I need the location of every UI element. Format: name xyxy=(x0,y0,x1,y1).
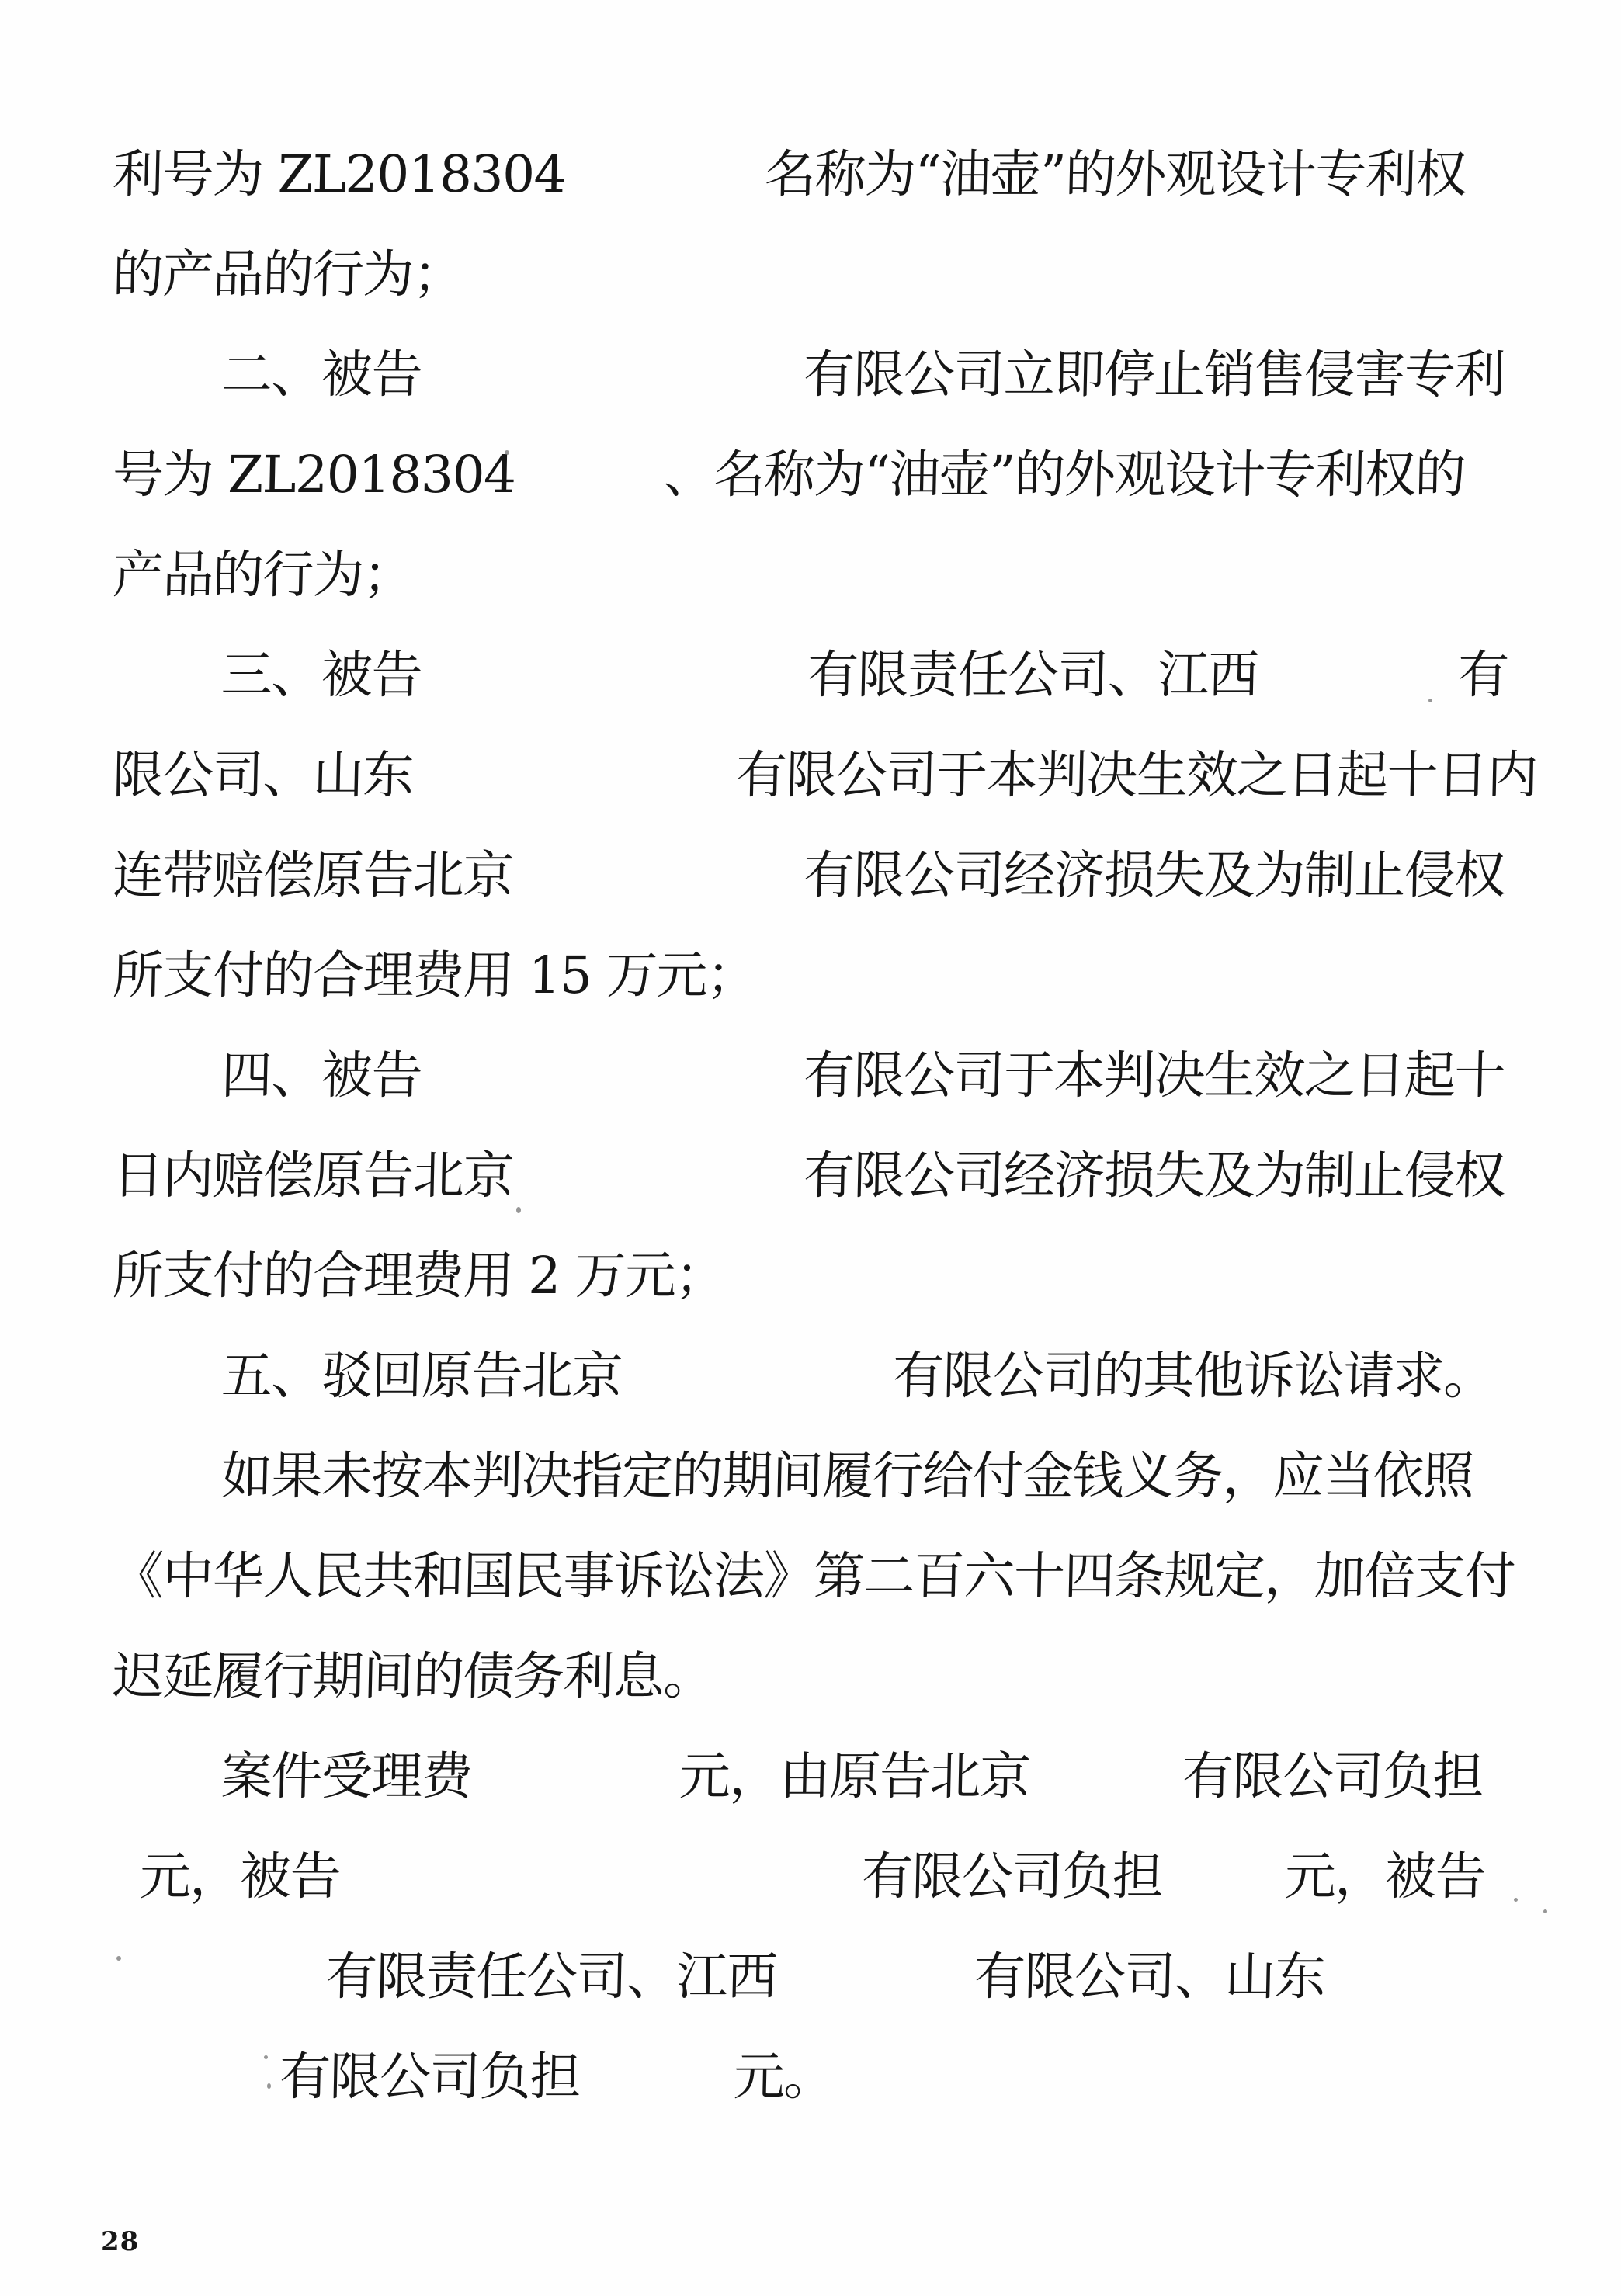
text-line: 如果未按本判决指定的期间履行给付金钱义务，应当依照 xyxy=(0,1451,1621,1505)
text-segment: 有限公司经济损失及为制止侵权 xyxy=(803,850,1505,901)
text-line: 日内赔偿原告北京有限公司经济损失及为制止侵权 xyxy=(0,1150,1621,1205)
text-segment: 所支付的合理费用 2 万元； xyxy=(112,1250,725,1302)
text-line: 四、被告有限公司于本判决生效之日起十 xyxy=(0,1050,1621,1105)
judgment-text: 利号为 ZL2018304名称为“油壶”的外观设计专利权的产品的行为；二、被告有… xyxy=(0,0,1621,2296)
text-line: 产品的行为； xyxy=(0,550,1621,604)
text-line: 有限责任公司、江西有限公司、山东 xyxy=(0,1951,1621,2006)
text-segment: 有限公司立即停止销售侵害专利 xyxy=(803,349,1505,401)
text-segment: 有限责任公司、江西 xyxy=(807,650,1258,701)
text-segment: 有 xyxy=(1457,650,1508,701)
text-segment: 三、被告 xyxy=(220,650,422,701)
text-segment: 元，由原告北京 xyxy=(679,1751,1030,1802)
text-segment: 《中华人民共和国民事诉讼法》第二百六十四条规定，加倍支付 xyxy=(112,1551,1515,1602)
text-segment: 有限公司负担 xyxy=(1182,1751,1483,1802)
text-segment: 二、被告 xyxy=(220,349,422,401)
text-line: 的产品的行为； xyxy=(0,249,1621,303)
scan-speck xyxy=(505,450,509,455)
text-segment: 有限公司于本判决生效之日起十日内 xyxy=(735,750,1537,801)
text-line: 迟延履行期间的债务利息。 xyxy=(0,1651,1621,1705)
text-line: 二、被告有限公司立即停止销售侵害专利 xyxy=(0,349,1621,404)
text-segment: 元，被告 xyxy=(139,1851,340,1902)
text-segment: 所支付的合理费用 15 万元； xyxy=(112,950,757,1001)
text-segment: 元。 xyxy=(733,2051,834,2103)
page-number: 28 xyxy=(101,2226,139,2257)
text-segment: 有限公司负担 xyxy=(861,1851,1162,1902)
text-segment: 如果未按本判决指定的期间履行给付金钱义务，应当依照 xyxy=(220,1451,1473,1502)
document-page: 利号为 ZL2018304名称为“油壶”的外观设计专利权的产品的行为；二、被告有… xyxy=(0,0,1621,2296)
text-segment: 有限公司负担 xyxy=(279,2051,580,2103)
scan-speck xyxy=(1428,699,1432,702)
text-line: 三、被告有限责任公司、江西有 xyxy=(0,650,1621,704)
text-line: 限公司、山东有限公司于本判决生效之日起十日内 xyxy=(0,750,1621,804)
scan-speck xyxy=(1543,1909,1547,1913)
text-segment: 、名称为“油壶”的外观设计专利权的 xyxy=(663,449,1465,501)
text-segment: 号为 ZL2018304 xyxy=(112,449,515,501)
text-line: 有限公司负担元。 xyxy=(0,2051,1621,2106)
text-segment: 案件受理费 xyxy=(220,1751,472,1802)
text-line: 所支付的合理费用 15 万元； xyxy=(0,950,1621,1004)
text-segment: 有限公司的其他诉讼请求。 xyxy=(892,1351,1494,1402)
text-segment: 连带赔偿原告北京 xyxy=(112,850,513,901)
text-segment: 四、被告 xyxy=(220,1050,422,1101)
scan-speck xyxy=(264,2055,268,2059)
text-line: 案件受理费元，由原告北京有限公司负担 xyxy=(0,1751,1621,1805)
text-line: 号为 ZL2018304、名称为“油壶”的外观设计专利权的 xyxy=(0,449,1621,504)
text-line: 利号为 ZL2018304名称为“油壶”的外观设计专利权 xyxy=(0,149,1621,203)
text-segment: 有限公司、山东 xyxy=(974,1951,1325,2003)
text-segment: 有限公司经济损失及为制止侵权 xyxy=(803,1150,1505,1202)
scan-speck xyxy=(1514,1898,1518,1902)
text-segment: 迟延履行期间的债务利息。 xyxy=(112,1651,713,1702)
text-line: 连带赔偿原告北京有限公司经济损失及为制止侵权 xyxy=(0,850,1621,904)
text-line: 元，被告有限公司负担元，被告 xyxy=(0,1851,1621,1906)
text-segment: 产品的行为； xyxy=(112,550,413,601)
scan-speck xyxy=(516,1207,521,1213)
text-segment: 利号为 ZL2018304 xyxy=(112,149,565,200)
text-segment: 日内赔偿原告北京 xyxy=(112,1150,513,1202)
text-segment: 五、驳回原告北京 xyxy=(220,1351,622,1402)
text-segment: 限公司、山东 xyxy=(112,750,413,801)
text-segment: 的产品的行为； xyxy=(112,249,463,300)
text-line: 《中华人民共和国民事诉讼法》第二百六十四条规定，加倍支付 xyxy=(0,1551,1621,1605)
text-segment: 元，被告 xyxy=(1284,1851,1485,1902)
text-segment: 有限公司于本判决生效之日起十 xyxy=(803,1050,1505,1101)
text-line: 所支付的合理费用 2 万元； xyxy=(0,1250,1621,1305)
text-segment: 有限责任公司、江西 xyxy=(325,1951,777,2003)
text-segment: 名称为“油壶”的外观设计专利权 xyxy=(764,149,1466,200)
text-line: 五、驳回原告北京有限公司的其他诉讼请求。 xyxy=(0,1351,1621,1405)
scan-speck xyxy=(267,2083,271,2089)
scan-speck xyxy=(116,1956,121,1961)
